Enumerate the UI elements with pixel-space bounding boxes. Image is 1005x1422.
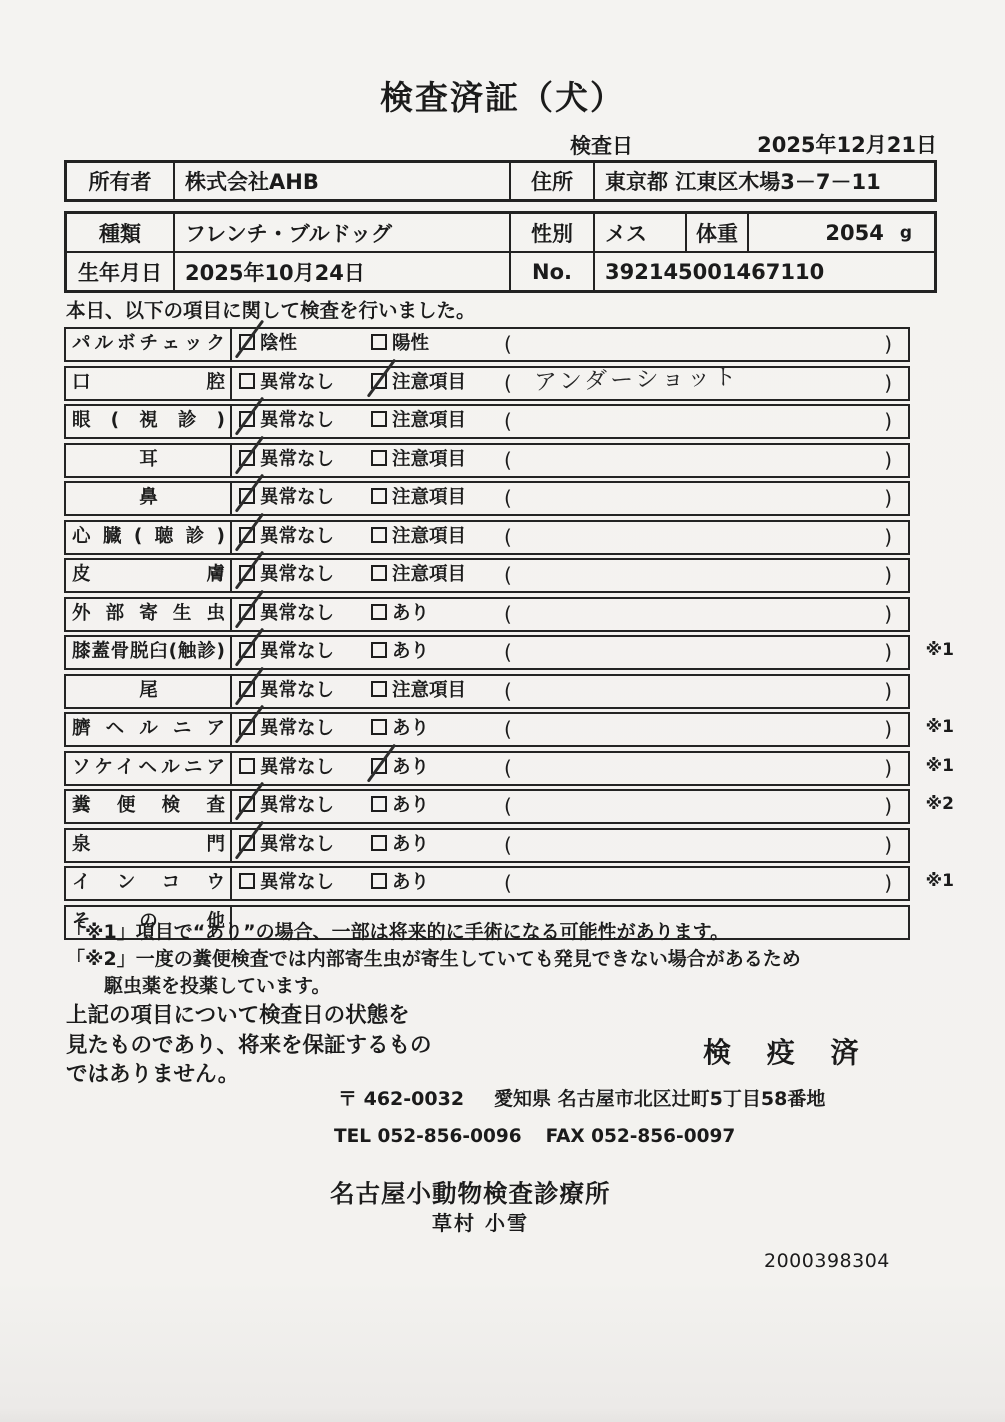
option1-label: 異常なし [260,641,334,662]
exam-row-body: 異常なし あり ( ) [232,791,908,822]
handwritten-note: アンダーショット [534,362,740,397]
disclaimer: 上記の項目について検査日の状態を 見たものであり、将来を保証するもの ではありま… [66,1001,432,1090]
clinic-contact-line: TEL 052-856-0096FAX 052-856-0097 [334,1126,735,1147]
exam-row: 眼(視診) 異常なし 注意項目 ( ) [64,404,910,439]
page-title: 検査済証（犬） [0,72,1005,119]
weight-unit: g [900,223,912,243]
paren-close: ) [884,830,892,860]
clinic-address-line: 〒 462-0032愛知県 名古屋市北区辻町5丁目58番地 [338,1084,825,1111]
owner-address: 東京都 江東区木場3－7－11 [593,163,934,199]
paren-close: ) [884,368,892,398]
exam-row-label: 皮膚 [66,560,232,591]
weight-label: 体重 [685,214,747,251]
footnote-2-continued: 駆虫薬を投薬しています。 [66,973,801,1000]
option2-label: 注意項目 [392,372,466,393]
exam-row-body: 異常なし 注意項目 ( アンダーショット ) [232,368,908,399]
weight-value: 2054 [825,221,883,245]
inspection-date-label: 検査日 [570,130,633,160]
pet-row-2: 生年月日 2025年10月24日 No. 392145001467110 [67,251,934,290]
option1-label: 異常なし [260,526,334,547]
owner-address-label: 住所 [509,163,593,199]
paren-open: ( [504,753,512,783]
paren-open: ( [504,445,512,475]
paren-open: ( [504,791,512,821]
checkbox-option2 [371,719,387,735]
option2-label: あり [392,757,429,778]
paren-close: ) [884,637,892,667]
paren-close: ) [884,753,892,783]
checkbox-option2 [371,796,387,812]
exam-row-body: 異常なし あり ( ) [232,637,908,668]
option1-label: 異常なし [260,564,334,585]
option2-group: 注意項目 [371,483,466,513]
option2-group: あり [371,753,429,783]
exam-row: 尾 異常なし 注意項目 ( ) [64,674,910,709]
checkbox-option2 [371,334,387,350]
weight-cell: 2054 g [747,214,934,251]
option1-label: 異常なし [260,795,334,816]
exam-row-body: 異常なし 注意項目 ( ) [232,560,908,591]
paren-close: ) [884,329,892,359]
exam-row: 皮膚 異常なし 注意項目 ( ) [64,558,910,593]
exam-row-label: 膝蓋骨脱臼(触診) [66,637,232,668]
option2-group: 注意項目 [371,406,466,436]
paren-open: ( [504,368,512,398]
footnote-mark: ※1 [926,717,954,737]
exam-row-label: 糞便検査 [66,791,232,822]
exam-row: ソケイヘルニア 異常なし あり ( ) ※1 [64,751,910,786]
option2-label: 注意項目 [392,680,466,701]
exam-row: 外部寄生虫 異常なし あり ( ) [64,597,910,632]
checkbox-option2 [371,604,387,620]
exam-row: 耳 異常なし 注意項目 ( ) [64,443,910,478]
checkbox-option2 [371,873,387,889]
checkbox-option1 [239,373,255,389]
no-value: 392145001467110 [593,253,934,290]
paren-open: ( [504,714,512,744]
exam-row: 心臓(聴診) 異常なし 注意項目 ( ) [64,520,910,555]
quarantine-stamp: 検 疫 済 [703,1031,872,1071]
footnote-mark: ※2 [926,794,954,814]
disclaimer-line-2: 見たものであり、将来を保証するもの [66,1031,432,1061]
owner-label: 所有者 [67,163,173,199]
exam-row-body: 異常なし 注意項目 ( ) [232,522,908,553]
checkbox-option2 [371,565,387,581]
option2-label: あり [392,603,429,624]
exam-row: 膝蓋骨脱臼(触診) 異常なし あり ( ) ※1 [64,635,910,670]
option1-label: 異常なし [260,410,334,431]
exam-row: パルボチェック 陰性 陽性 ( ) [64,327,910,362]
checkbox-option2 [371,527,387,543]
option2-group: あり [371,830,429,860]
footnote-2: 「※2」一度の糞便検査では内部寄生虫が寄生していても発見できない場合があるため [66,946,801,973]
paren-open: ( [504,483,512,513]
paren-close: ) [884,714,892,744]
option2-label: 注意項目 [392,526,466,547]
option2-label: あり [392,718,429,739]
option1-label: 異常なし [260,680,334,701]
disclaimer-line-1: 上記の項目について検査日の状態を [66,1001,432,1031]
paren-open: ( [504,599,512,629]
option2-label: 注意項目 [392,410,466,431]
pet-table: 種類 フレンチ・ブルドッグ 性別 メス 体重 2054 g 生年月日 2025年… [64,211,937,293]
exam-row-label: パルボチェック [66,329,232,360]
option2-label: あり [392,795,429,816]
exam-row-label: 外部寄生虫 [66,599,232,630]
exam-row-label: 口腔 [66,368,232,399]
paren-open: ( [504,676,512,706]
exam-row-label: 眼(視診) [66,406,232,437]
exam-row: 泉門 異常なし あり ( ) [64,828,910,863]
clinic-tel: TEL 052-856-0096 [334,1126,522,1147]
exam-row-label: 臍ヘルニア [66,714,232,745]
exam-row-body: 異常なし あり ( ) [232,830,908,861]
paren-close: ) [884,522,892,552]
checkbox-option1 [239,758,255,774]
option1-label: 異常なし [260,487,334,508]
paren-close: ) [884,483,892,513]
exam-row: 口腔 異常なし 注意項目 ( アンダーショット ) [64,366,910,401]
exam-row-body: 異常なし 注意項目 ( ) [232,406,908,437]
paren-open: ( [504,830,512,860]
clinic-address: 愛知県 名古屋市北区辻町5丁目58番地 [494,1088,825,1110]
option2-group: あり [371,868,429,898]
paren-open: ( [504,329,512,359]
exam-row: インコウ 異常なし あり ( ) ※1 [64,866,910,901]
paren-open: ( [504,406,512,436]
option2-group: あり [371,599,429,629]
checkbox-option1 [239,873,255,889]
exam-row-body: 異常なし 注意項目 ( ) [232,676,908,707]
exam-row-label: 心臓(聴診) [66,522,232,553]
exam-row-label: インコウ [66,868,232,899]
veterinarian-name: 草村 小雪 [432,1207,529,1236]
clinic-fax: FAX 052-856-0097 [546,1126,736,1147]
paren-close: ) [884,791,892,821]
option2-group: あり [371,791,429,821]
option2-label: 注意項目 [392,564,466,585]
option2-group: 注意項目 [371,522,466,552]
option1-label: 異常なし [260,603,334,624]
option2-group: 注意項目 [371,445,466,475]
sex-label: 性別 [509,214,593,251]
footnote-mark: ※1 [926,640,954,660]
breed-label: 種類 [67,214,173,251]
postal-code: 〒 462-0032 [338,1088,464,1110]
option2-label: あり [392,872,429,893]
exam-row-label: 尾 [66,676,232,707]
option1-group: 異常なし [239,368,334,398]
footnote-mark: ※1 [926,871,954,891]
option1-group: 陰性 [239,329,297,359]
paren-close: ) [884,868,892,898]
paren-open: ( [504,868,512,898]
certificate-page: 検査済証（犬） 検査日 2025年12月21日 所有者 株式会社AHB 住所 東… [0,0,1005,1422]
certificate-number: 2000398304 [764,1250,890,1272]
paren-close: ) [884,560,892,590]
birth-label: 生年月日 [67,253,173,290]
option1-label: 異常なし [260,718,334,739]
paren-close: ) [884,445,892,475]
option2-label: 陽性 [392,333,429,354]
paren-close: ) [884,599,892,629]
exam-row-body: 異常なし 注意項目 ( ) [232,445,908,476]
intro-text: 本日、以下の項目に関して検査を行いました。 [66,295,476,323]
exam-row: 糞便検査 異常なし あり ( ) ※2 [64,789,910,824]
inspection-date-value: 2025年12月21日 [757,129,937,159]
footnote-mark: ※1 [926,756,954,776]
paren-close: ) [884,676,892,706]
paren-open: ( [504,637,512,667]
sex-value: メス [593,214,685,251]
exam-row-label: 耳 [66,445,232,476]
paren-open: ( [504,522,512,552]
option2-group: あり [371,714,429,744]
birth-value: 2025年10月24日 [173,253,509,290]
checkbox-option2 [371,642,387,658]
paren-open: ( [504,560,512,590]
checkbox-option2 [371,411,387,427]
option2-label: あり [392,834,429,855]
option2-label: 注意項目 [392,487,466,508]
exam-row-body: 異常なし あり ( ) [232,714,908,745]
exam-row-body: 異常なし あり ( ) [232,599,908,630]
breed-value: フレンチ・ブルドッグ [173,214,509,251]
option1-label: 異常なし [260,372,334,393]
exam-row-body: 異常なし あり ( ) [232,868,908,899]
exam-row-body: 異常なし あり ( ) [232,753,908,784]
checkbox-option2 [371,835,387,851]
option1-label: 異常なし [260,872,334,893]
footnotes: 「※1」項目で“あり”の場合、一部は将来的に手術になる可能性があります。 「※2… [66,919,801,1000]
option1-label: 異常なし [260,757,334,778]
option1-group: 異常なし [239,868,334,898]
option2-label: 注意項目 [392,449,466,470]
exam-table: パルボチェック 陰性 陽性 ( ) 口腔 異常なし 注意項目 ( アンダーショッ… [64,327,910,943]
pet-row-1: 種類 フレンチ・ブルドッグ 性別 メス 体重 2054 g [67,214,934,251]
exam-row-label: 泉門 [66,830,232,861]
option2-label: あり [392,641,429,662]
checkbox-option2 [371,450,387,466]
no-label: No. [509,253,593,290]
option1-label: 異常なし [260,449,334,470]
option1-label: 異常なし [260,834,334,855]
option2-group: 陽性 [371,329,429,359]
owner-table: 所有者 株式会社AHB 住所 東京都 江東区木場3－7－11 [64,160,937,202]
exam-row-body: 陰性 陽性 ( ) [232,329,908,360]
footnote-1: 「※1」項目で“あり”の場合、一部は将来的に手術になる可能性があります。 [66,919,801,946]
option1-label: 陰性 [260,333,297,354]
option2-group: あり [371,637,429,667]
exam-row-label: 鼻 [66,483,232,514]
clinic-name: 名古屋小動物検査診療所 [330,1175,611,1210]
owner-name: 株式会社AHB [173,163,509,199]
checkbox-option2 [371,488,387,504]
exam-row: 鼻 異常なし 注意項目 ( ) [64,481,910,516]
checkbox-option2 [371,681,387,697]
paren-close: ) [884,406,892,436]
option2-group: 注意項目 [371,560,466,590]
option2-group: 注意項目 [371,676,466,706]
option1-group: 異常なし [239,753,334,783]
exam-row-label: ソケイヘルニア [66,753,232,784]
exam-row: 臍ヘルニア 異常なし あり ( ) ※1 [64,712,910,747]
exam-row-body: 異常なし 注意項目 ( ) [232,483,908,514]
